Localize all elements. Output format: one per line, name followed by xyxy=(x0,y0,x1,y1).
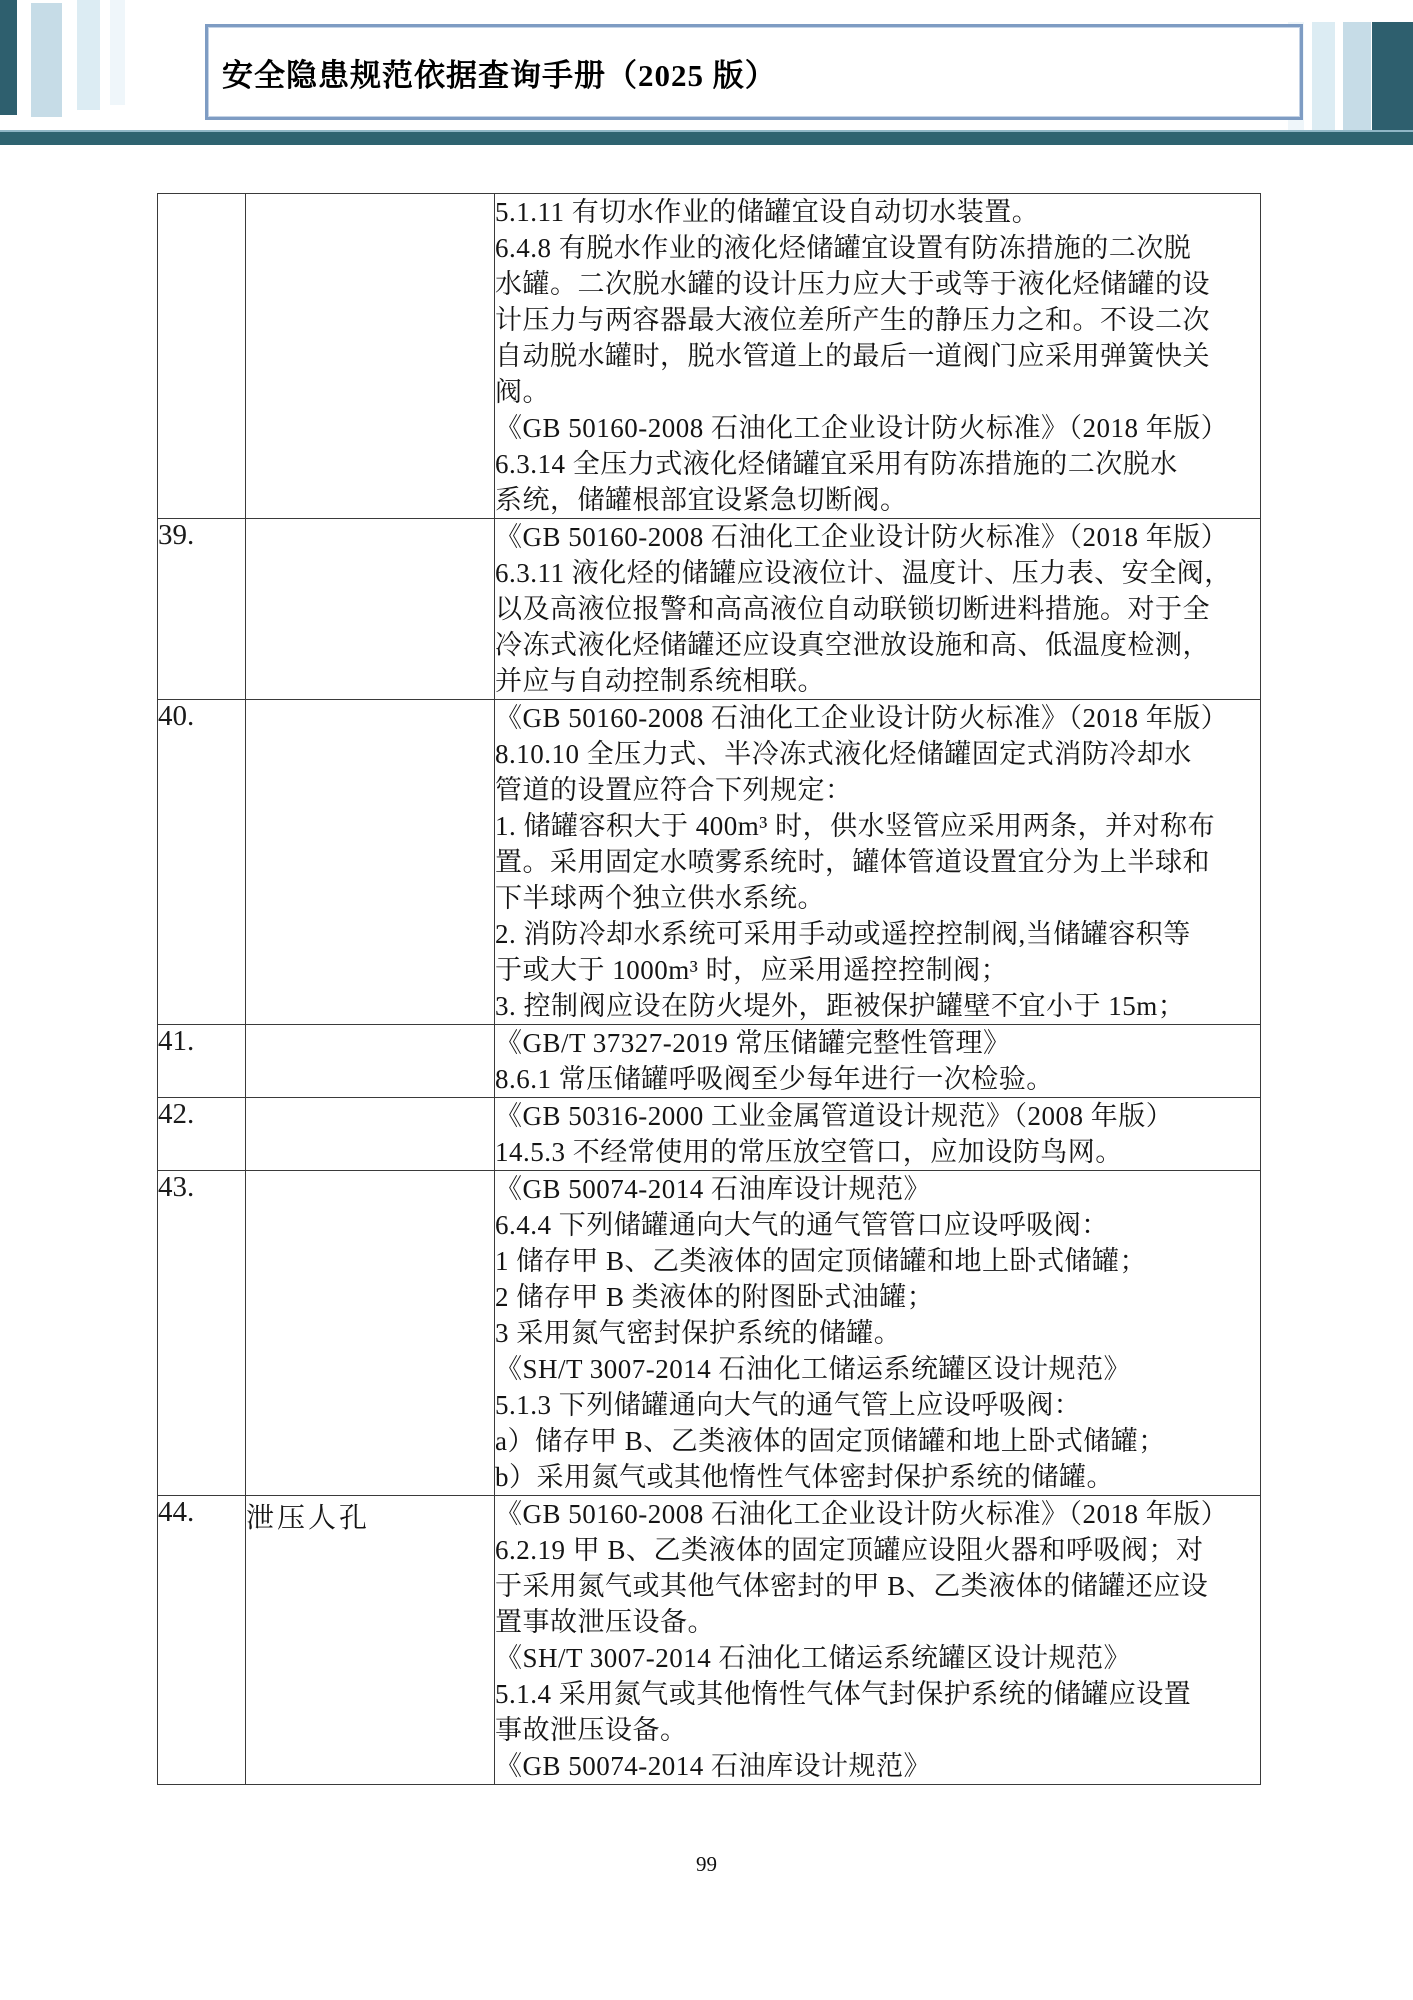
row-number: 39. xyxy=(158,519,246,700)
content-line: a）储存甲 B、乙类液体的固定顶储罐和地上卧式储罐； xyxy=(495,1423,1260,1459)
content-line: 下半球两个独立供水系统。 xyxy=(495,880,1260,916)
row-content: 《GB 50316-2000 工业金属管道设计规范》（2008 年版）14.5.… xyxy=(495,1098,1261,1171)
content-line: 14.5.3 不经常使用的常压放空管口，应加设防鸟网。 xyxy=(495,1134,1260,1170)
row-category xyxy=(246,1025,495,1098)
content-line: 6.4.8 有脱水作业的液化烃储罐宜设置有防冻措施的二次脱 xyxy=(495,230,1260,266)
content-line: 于采用氮气或其他气体密封的甲 B、乙类液体的储罐还应设 xyxy=(495,1568,1260,1604)
row-number: 43. xyxy=(158,1171,246,1496)
header-title-box: 安全隐患规范依据查询手册（2025 版） xyxy=(205,24,1303,120)
decor-bar-left-faint xyxy=(110,0,125,105)
decor-bar-right-lighter xyxy=(1312,22,1335,133)
regulation-table: 5.1.11 有切水作业的储罐宜设自动切水装置。6.4.8 有脱水作业的液化烃储… xyxy=(157,193,1261,1785)
content-line: 并应与自动控制系统相联。 xyxy=(495,663,1260,699)
content-line: 自动脱水罐时，脱水管道上的最后一道阀门应采用弹簧快关 xyxy=(495,338,1260,374)
row-number: 40. xyxy=(158,700,246,1025)
decor-bar-right-light xyxy=(1343,22,1371,133)
header-divider-bar xyxy=(0,130,1413,145)
content-line: 冷冻式液化烃储罐还应设真空泄放设施和高、低温度检测， xyxy=(495,627,1260,663)
row-content: 《GB 50160-2008 石油化工企业设计防火标准》（2018 年版）6.2… xyxy=(495,1496,1261,1785)
content-line: 5.1.4 采用氮气或其他惰性气体气封保护系统的储罐应设置 xyxy=(495,1676,1260,1712)
row-category xyxy=(246,1098,495,1171)
table-row: 43.《GB 50074-2014 石油库设计规范》6.4.4 下列储罐通向大气… xyxy=(158,1171,1261,1496)
content-line: 阀。 xyxy=(495,374,1260,410)
content-line: 6.2.19 甲 B、乙类液体的固定顶罐应设阻火器和呼吸阀；对 xyxy=(495,1532,1260,1568)
content-line: 《GB 50160-2008 石油化工企业设计防火标准》（2018 年版） xyxy=(495,410,1260,446)
content-line: 1 储存甲 B、乙类液体的固定顶储罐和地上卧式储罐； xyxy=(495,1243,1260,1279)
row-category xyxy=(246,700,495,1025)
content-line: 《GB 50160-2008 石油化工企业设计防火标准》（2018 年版） xyxy=(495,519,1260,555)
content-line: 《GB 50160-2008 石油化工企业设计防火标准》（2018 年版） xyxy=(495,700,1260,736)
content-line: 《GB 50160-2008 石油化工企业设计防火标准》（2018 年版） xyxy=(495,1496,1260,1532)
row-content: 5.1.11 有切水作业的储罐宜设自动切水装置。6.4.8 有脱水作业的液化烃储… xyxy=(495,194,1261,519)
content-line: 《GB 50074-2014 石油库设计规范》 xyxy=(495,1748,1260,1784)
table-row: 44.泄压人孔《GB 50160-2008 石油化工企业设计防火标准》（2018… xyxy=(158,1496,1261,1785)
content-line: 于或大于 1000m³ 时，应采用遥控控制阀； xyxy=(495,952,1260,988)
row-content: 《GB/T 37327-2019 常压储罐完整性管理》8.6.1 常压储罐呼吸阀… xyxy=(495,1025,1261,1098)
row-content: 《GB 50160-2008 石油化工企业设计防火标准》（2018 年版）8.1… xyxy=(495,700,1261,1025)
content-line: 2. 消防冷却水系统可采用手动或遥控控制阀,当储罐容积等 xyxy=(495,916,1260,952)
content-line: 6.4.4 下列储罐通向大气的通气管管口应设呼吸阀： xyxy=(495,1207,1260,1243)
table-row: 5.1.11 有切水作业的储罐宜设自动切水装置。6.4.8 有脱水作业的液化烃储… xyxy=(158,194,1261,519)
page-title: 安全隐患规范依据查询手册（2025 版） xyxy=(208,50,777,95)
document-page: 安全隐患规范依据查询手册（2025 版） 5.1.11 有切水作业的储罐宜设自动… xyxy=(0,0,1413,2000)
content-line: b）采用氮气或其他惰性气体密封保护系统的储罐。 xyxy=(495,1459,1260,1495)
row-number: 41. xyxy=(158,1025,246,1098)
content-line: 《GB/T 37327-2019 常压储罐完整性管理》 xyxy=(495,1025,1260,1061)
row-number: 44. xyxy=(158,1496,246,1785)
row-category xyxy=(246,519,495,700)
row-content: 《GB 50074-2014 石油库设计规范》6.4.4 下列储罐通向大气的通气… xyxy=(495,1171,1261,1496)
content-line: 2 储存甲 B 类液体的附图卧式油罐； xyxy=(495,1279,1260,1315)
decor-bar-right-dark xyxy=(1372,22,1413,133)
content-line: 3. 控制阀应设在防火堤外，距被保护罐壁不宜小于 15m； xyxy=(495,988,1260,1024)
content-line: 8.6.1 常压储罐呼吸阀至少每年进行一次检验。 xyxy=(495,1061,1260,1097)
decor-bar-left-dark xyxy=(0,0,17,115)
decor-bar-left-lighter xyxy=(77,0,100,110)
row-category: 泄压人孔 xyxy=(246,1496,495,1785)
table-row: 42.《GB 50316-2000 工业金属管道设计规范》（2008 年版）14… xyxy=(158,1098,1261,1171)
content-line: 置。采用固定水喷雾系统时，罐体管道设置宜分为上半球和 xyxy=(495,844,1260,880)
content-line: 8.10.10 全压力式、半冷冻式液化烃储罐固定式消防冷却水 xyxy=(495,736,1260,772)
table-row: 39.《GB 50160-2008 石油化工企业设计防火标准》（2018 年版）… xyxy=(158,519,1261,700)
content-line: 6.3.14 全压力式液化烃储罐宜采用有防冻措施的二次脱水 xyxy=(495,446,1260,482)
table-row: 40.《GB 50160-2008 石油化工企业设计防火标准》（2018 年版）… xyxy=(158,700,1261,1025)
page-number: 99 xyxy=(0,1852,1413,1877)
content-line: 《GB 50074-2014 石油库设计规范》 xyxy=(495,1171,1260,1207)
content-line: 《SH/T 3007-2014 石油化工储运系统罐区设计规范》 xyxy=(495,1640,1260,1676)
content-line: 5.1.11 有切水作业的储罐宜设自动切水装置。 xyxy=(495,194,1260,230)
content-line: 3 采用氮气密封保护系统的储罐。 xyxy=(495,1315,1260,1351)
regulation-table-body: 5.1.11 有切水作业的储罐宜设自动切水装置。6.4.8 有脱水作业的液化烃储… xyxy=(158,194,1261,1785)
content-line: 6.3.11 液化烃的储罐应设液位计、温度计、压力表、安全阀， xyxy=(495,555,1260,591)
content-line: 计压力与两容器最大液位差所产生的静压力之和。不设二次 xyxy=(495,302,1260,338)
content-line: 1. 储罐容积大于 400m³ 时，供水竖管应采用两条，并对称布 xyxy=(495,808,1260,844)
table-row: 41.《GB/T 37327-2019 常压储罐完整性管理》8.6.1 常压储罐… xyxy=(158,1025,1261,1098)
row-category xyxy=(246,1171,495,1496)
row-number: 42. xyxy=(158,1098,246,1171)
content-line: 系统，储罐根部宜设紧急切断阀。 xyxy=(495,482,1260,518)
row-content: 《GB 50160-2008 石油化工企业设计防火标准》（2018 年版）6.3… xyxy=(495,519,1261,700)
content-line: 5.1.3 下列储罐通向大气的通气管上应设呼吸阀： xyxy=(495,1387,1260,1423)
content-line: 水罐。二次脱水罐的设计压力应大于或等于液化烃储罐的设 xyxy=(495,266,1260,302)
decor-bar-left-light xyxy=(31,3,62,117)
row-category xyxy=(246,194,495,519)
content-line: 管道的设置应符合下列规定： xyxy=(495,772,1260,808)
content-line: 《GB 50316-2000 工业金属管道设计规范》（2008 年版） xyxy=(495,1098,1260,1134)
row-number xyxy=(158,194,246,519)
content-line: 事故泄压设备。 xyxy=(495,1712,1260,1748)
content-line: 置事故泄压设备。 xyxy=(495,1604,1260,1640)
content-line: 以及高液位报警和高高液位自动联锁切断进料措施。对于全 xyxy=(495,591,1260,627)
content-line: 《SH/T 3007-2014 石油化工储运系统罐区设计规范》 xyxy=(495,1351,1260,1387)
